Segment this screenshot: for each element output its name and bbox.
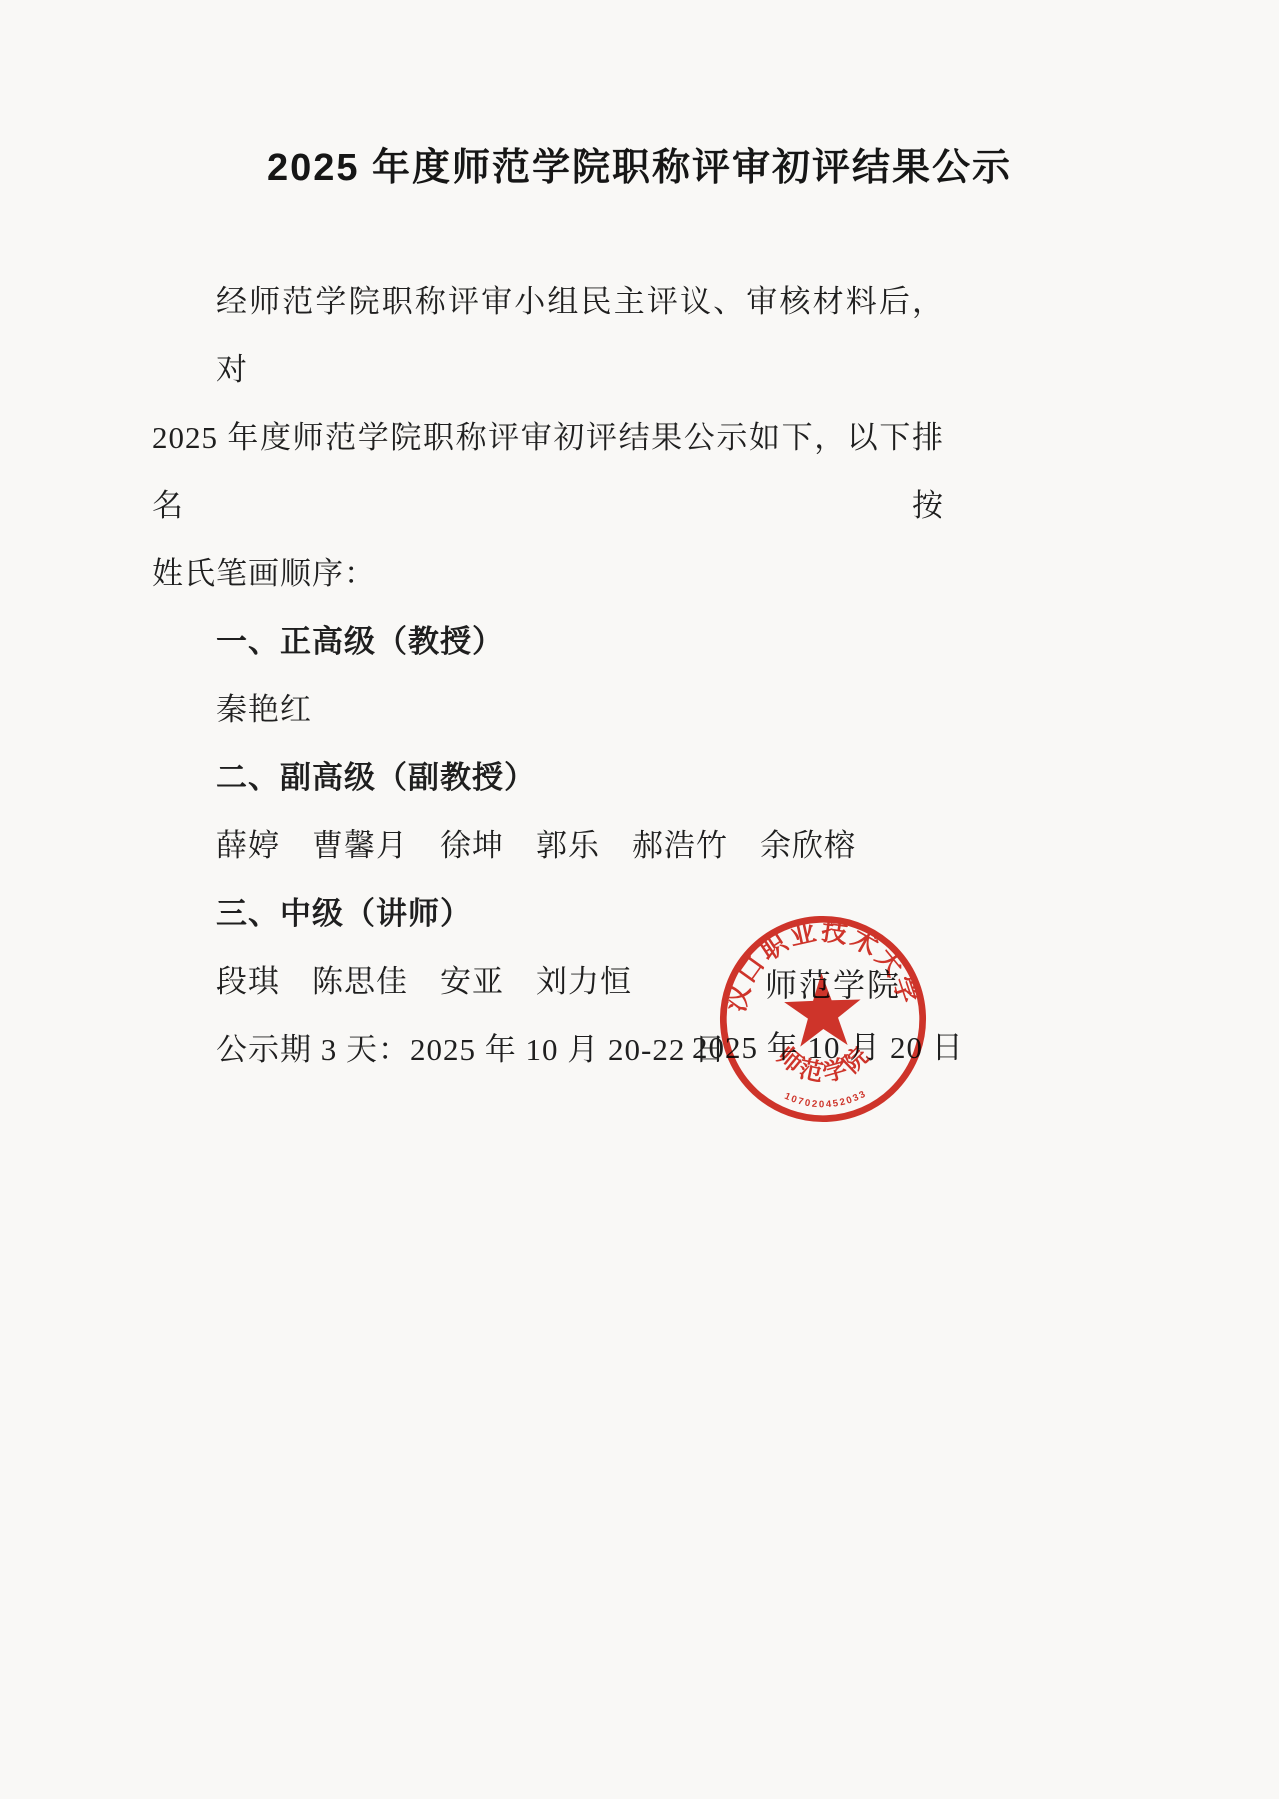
intro-line-2: 2025 年度师范学院职称评审初评结果公示如下，以下排名按 — [152, 404, 944, 540]
section-heading-intermediate: 三、中级（讲师） — [152, 880, 944, 948]
name-list-senior: 秦艳红 — [152, 676, 944, 744]
signature-date: 2025 年 10 月 20 日 — [692, 1022, 964, 1067]
intro-line-3: 姓氏笔画顺序： — [152, 540, 944, 608]
section-heading-senior: 一、正高级（教授） — [152, 608, 944, 676]
signature-org: 师范学院 — [765, 960, 901, 1006]
intro-line-1: 经师范学院职称评审小组民主评议、审核材料后，对 — [152, 268, 944, 404]
svg-text:107020452033: 107020452033 — [782, 1088, 869, 1112]
document-page: 2025 年度师范学院职称评审初评结果公示 经师范学院职称评审小组民主评议、审核… — [0, 0, 1279, 1799]
section-heading-associate: 二、副高级（副教授） — [152, 744, 944, 812]
name-list-associate: 薛婷 曹馨月 徐坤 郭乐 郝浩竹 余欣榕 — [152, 812, 944, 880]
document-title: 2025 年度师范学院职称评审初评结果公示 — [0, 0, 1279, 191]
seal-serial-number: 107020452033 — [782, 1088, 869, 1112]
